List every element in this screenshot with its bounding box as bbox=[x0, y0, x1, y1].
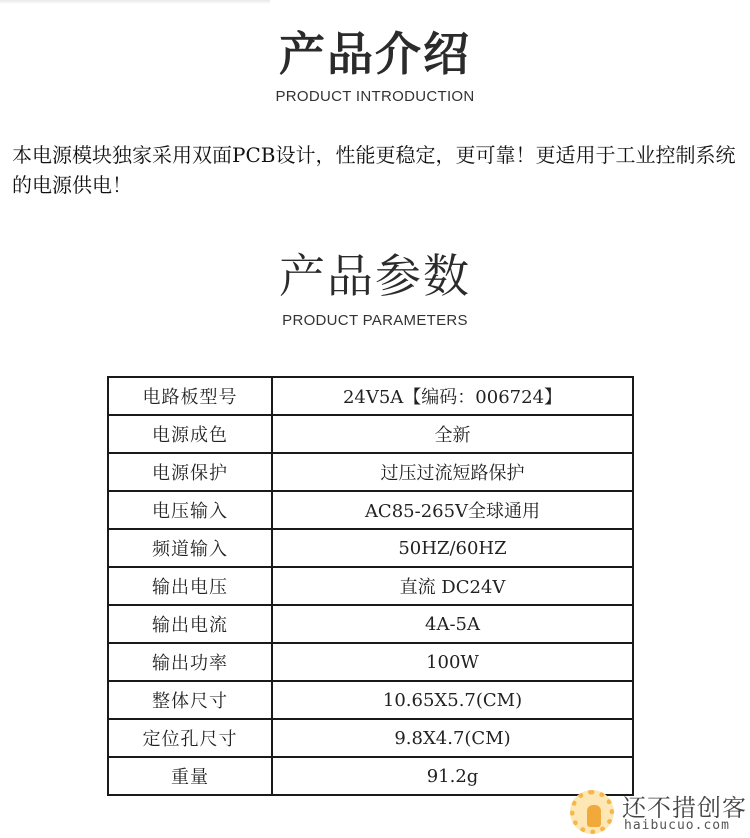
params-subtitle: PRODUCT PARAMETERS bbox=[0, 312, 750, 329]
parameters-table: 电路板型号 24V5A【编码：006724】 电源成色 全新 电源保护 过压过流… bbox=[107, 376, 634, 796]
param-value: 过压过流短路保护 bbox=[272, 453, 633, 491]
param-label: 输出功率 bbox=[108, 643, 272, 681]
param-label: 输出电流 bbox=[108, 605, 272, 643]
table-row: 电压输入 AC85-265V全球通用 bbox=[108, 491, 633, 529]
param-value: 24V5A【编码：006724】 bbox=[272, 377, 633, 415]
param-value: 9.8X4.7(CM) bbox=[272, 719, 633, 757]
param-value: 直流 DC24V bbox=[272, 567, 633, 605]
param-label: 定位孔尺寸 bbox=[108, 719, 272, 757]
table-row: 电源保护 过压过流短路保护 bbox=[108, 453, 633, 491]
params-title: 产品参数 bbox=[0, 248, 750, 304]
top-divider-shadow bbox=[0, 0, 270, 4]
intro-description: 本电源模块独家采用双面PCB设计，性能更稳定，更可靠！更适用于工业控制系统的电源… bbox=[12, 140, 742, 200]
table-row: 输出电压 直流 DC24V bbox=[108, 567, 633, 605]
param-label: 重量 bbox=[108, 757, 272, 795]
watermark: 还不措创客 haibucuo.com bbox=[570, 788, 750, 838]
table-row: 重量 91.2g bbox=[108, 757, 633, 795]
intro-title: 产品介绍 bbox=[0, 26, 750, 82]
thumb-icon bbox=[587, 805, 601, 827]
param-value: AC85-265V全球通用 bbox=[272, 491, 633, 529]
param-value: 10.65X5.7(CM) bbox=[272, 681, 633, 719]
table-row: 频道输入 50HZ/60HZ bbox=[108, 529, 633, 567]
intro-subtitle: PRODUCT INTRODUCTION bbox=[0, 88, 750, 105]
thumbs-up-gear-icon bbox=[570, 790, 614, 834]
param-value: 全新 bbox=[272, 415, 633, 453]
param-label: 电源保护 bbox=[108, 453, 272, 491]
table-row: 输出功率 100W bbox=[108, 643, 633, 681]
table-row: 定位孔尺寸 9.8X4.7(CM) bbox=[108, 719, 633, 757]
table-row: 输出电流 4A-5A bbox=[108, 605, 633, 643]
param-value: 50HZ/60HZ bbox=[272, 529, 633, 567]
param-label: 频道输入 bbox=[108, 529, 272, 567]
param-label: 电路板型号 bbox=[108, 377, 272, 415]
param-value: 100W bbox=[272, 643, 633, 681]
param-label: 输出电压 bbox=[108, 567, 272, 605]
param-label: 电压输入 bbox=[108, 491, 272, 529]
table-row: 电路板型号 24V5A【编码：006724】 bbox=[108, 377, 633, 415]
param-label: 电源成色 bbox=[108, 415, 272, 453]
watermark-domain: haibucuo.com bbox=[624, 818, 730, 833]
table-row: 整体尺寸 10.65X5.7(CM) bbox=[108, 681, 633, 719]
table-row: 电源成色 全新 bbox=[108, 415, 633, 453]
param-value: 4A-5A bbox=[272, 605, 633, 643]
param-label: 整体尺寸 bbox=[108, 681, 272, 719]
